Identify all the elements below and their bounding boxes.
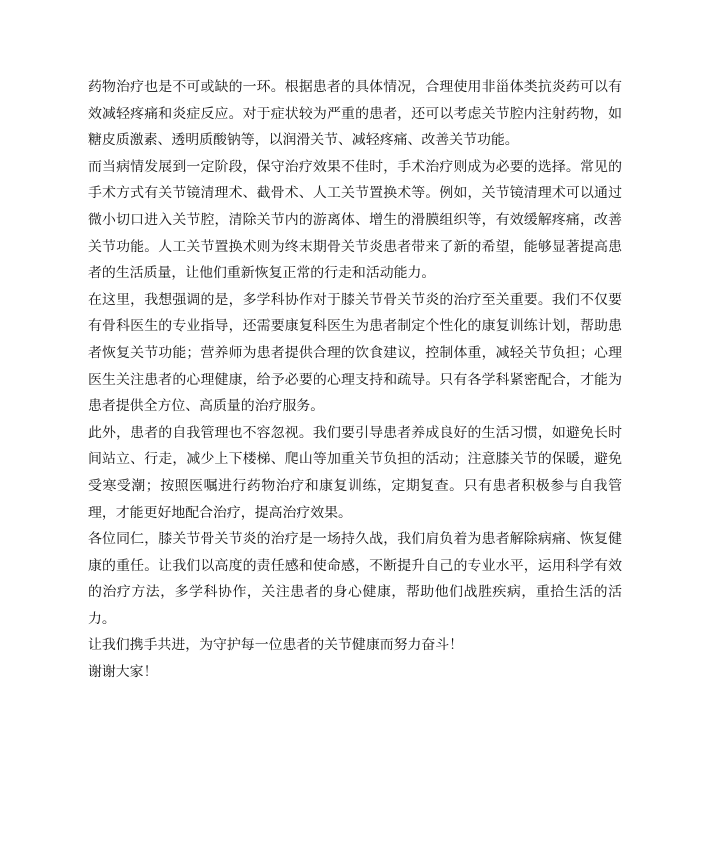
paragraph-drug-therapy: 药物治疗也是不可或缺的一环。根据患者的具体情况，合理使用非甾体类抗炎药可以有效减… xyxy=(88,74,622,154)
paragraph-thanks: 谢谢大家！ xyxy=(88,659,622,686)
paragraph-surgical-therapy: 而当病情发展到一定阶段，保守治疗效果不佳时，手术治疗则成为必要的选择。常见的手术… xyxy=(88,154,622,287)
paragraph-closing-appeal: 让我们携手共进，为守护每一位患者的关节健康而努力奋斗！ xyxy=(88,632,622,659)
paragraph-call-to-colleagues: 各位同仁，膝关节骨关节炎的治疗是一场持久战，我们肩负着为患者解除病痛、恢复健康的… xyxy=(88,526,622,632)
paragraph-multidisciplinary: 在这里，我想强调的是，多学科协作对于膝关节骨关节炎的治疗至关重要。我们不仅要有骨… xyxy=(88,287,622,420)
document-page: 药物治疗也是不可或缺的一环。根据患者的具体情况，合理使用非甾体类抗炎药可以有效减… xyxy=(88,74,622,686)
paragraph-self-management: 此外，患者的自我管理也不容忽视。我们要引导患者养成良好的生活习惯，如避免长时间站… xyxy=(88,420,622,526)
